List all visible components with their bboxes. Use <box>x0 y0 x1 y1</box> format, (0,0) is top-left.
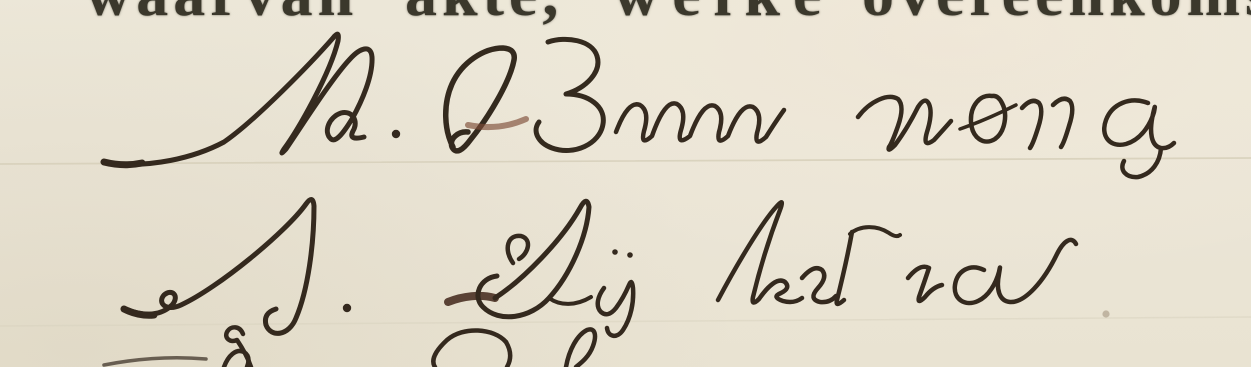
signature-2-stroke <box>549 297 591 304</box>
signature-2-ij-dot <box>627 252 633 258</box>
signature-2-stroke <box>837 232 852 304</box>
signature-3: third signature, only top strokes visibl… <box>104 327 595 367</box>
signature-3-stroke <box>433 330 506 367</box>
signature-1-stroke <box>110 34 372 164</box>
signature-1: Ab. Boersma <box>104 34 1174 177</box>
signature-1-stroke <box>960 105 1016 129</box>
signature-2-stroke <box>718 202 802 302</box>
signature-2-stroke-faded <box>448 296 495 302</box>
signature-1-period <box>392 130 400 138</box>
signature-1-stroke <box>1022 101 1041 148</box>
signature-2-period <box>343 304 351 312</box>
signature-2-stroke <box>908 267 942 301</box>
signature-2-stroke <box>850 227 900 236</box>
signature-2-ij-dot <box>612 249 618 255</box>
signature-1-stroke <box>446 48 515 151</box>
signature-2-stroke <box>598 282 633 336</box>
signature-3-stroke <box>104 358 206 365</box>
signature-2-stroke <box>508 236 528 263</box>
signature-2-stroke <box>478 201 589 317</box>
signature-2-stroke <box>955 240 1076 303</box>
signature-2-trailing-dot <box>1102 310 1109 317</box>
signature-1-stroke <box>858 97 951 150</box>
signature-1-stroke <box>536 39 603 150</box>
scanned-document-page: waarvan akte, welke overeenkoms Ab. Boer… <box>0 0 1251 367</box>
signature-2: S. Dijkstra. <box>124 199 1110 335</box>
signature-2-stroke <box>128 199 314 333</box>
signature-3-stroke <box>506 342 510 367</box>
signature-1-stroke <box>1053 99 1072 147</box>
signature-1-stroke <box>616 103 784 141</box>
signature-3-stroke <box>224 351 249 367</box>
signature-3-stroke <box>566 329 595 367</box>
signature-2-stroke <box>802 268 836 302</box>
signature-1-stroke <box>1104 100 1174 177</box>
signature-1-stroke-faded <box>468 119 526 127</box>
handwriting-layer: Ab. Boersma <box>0 0 1251 367</box>
